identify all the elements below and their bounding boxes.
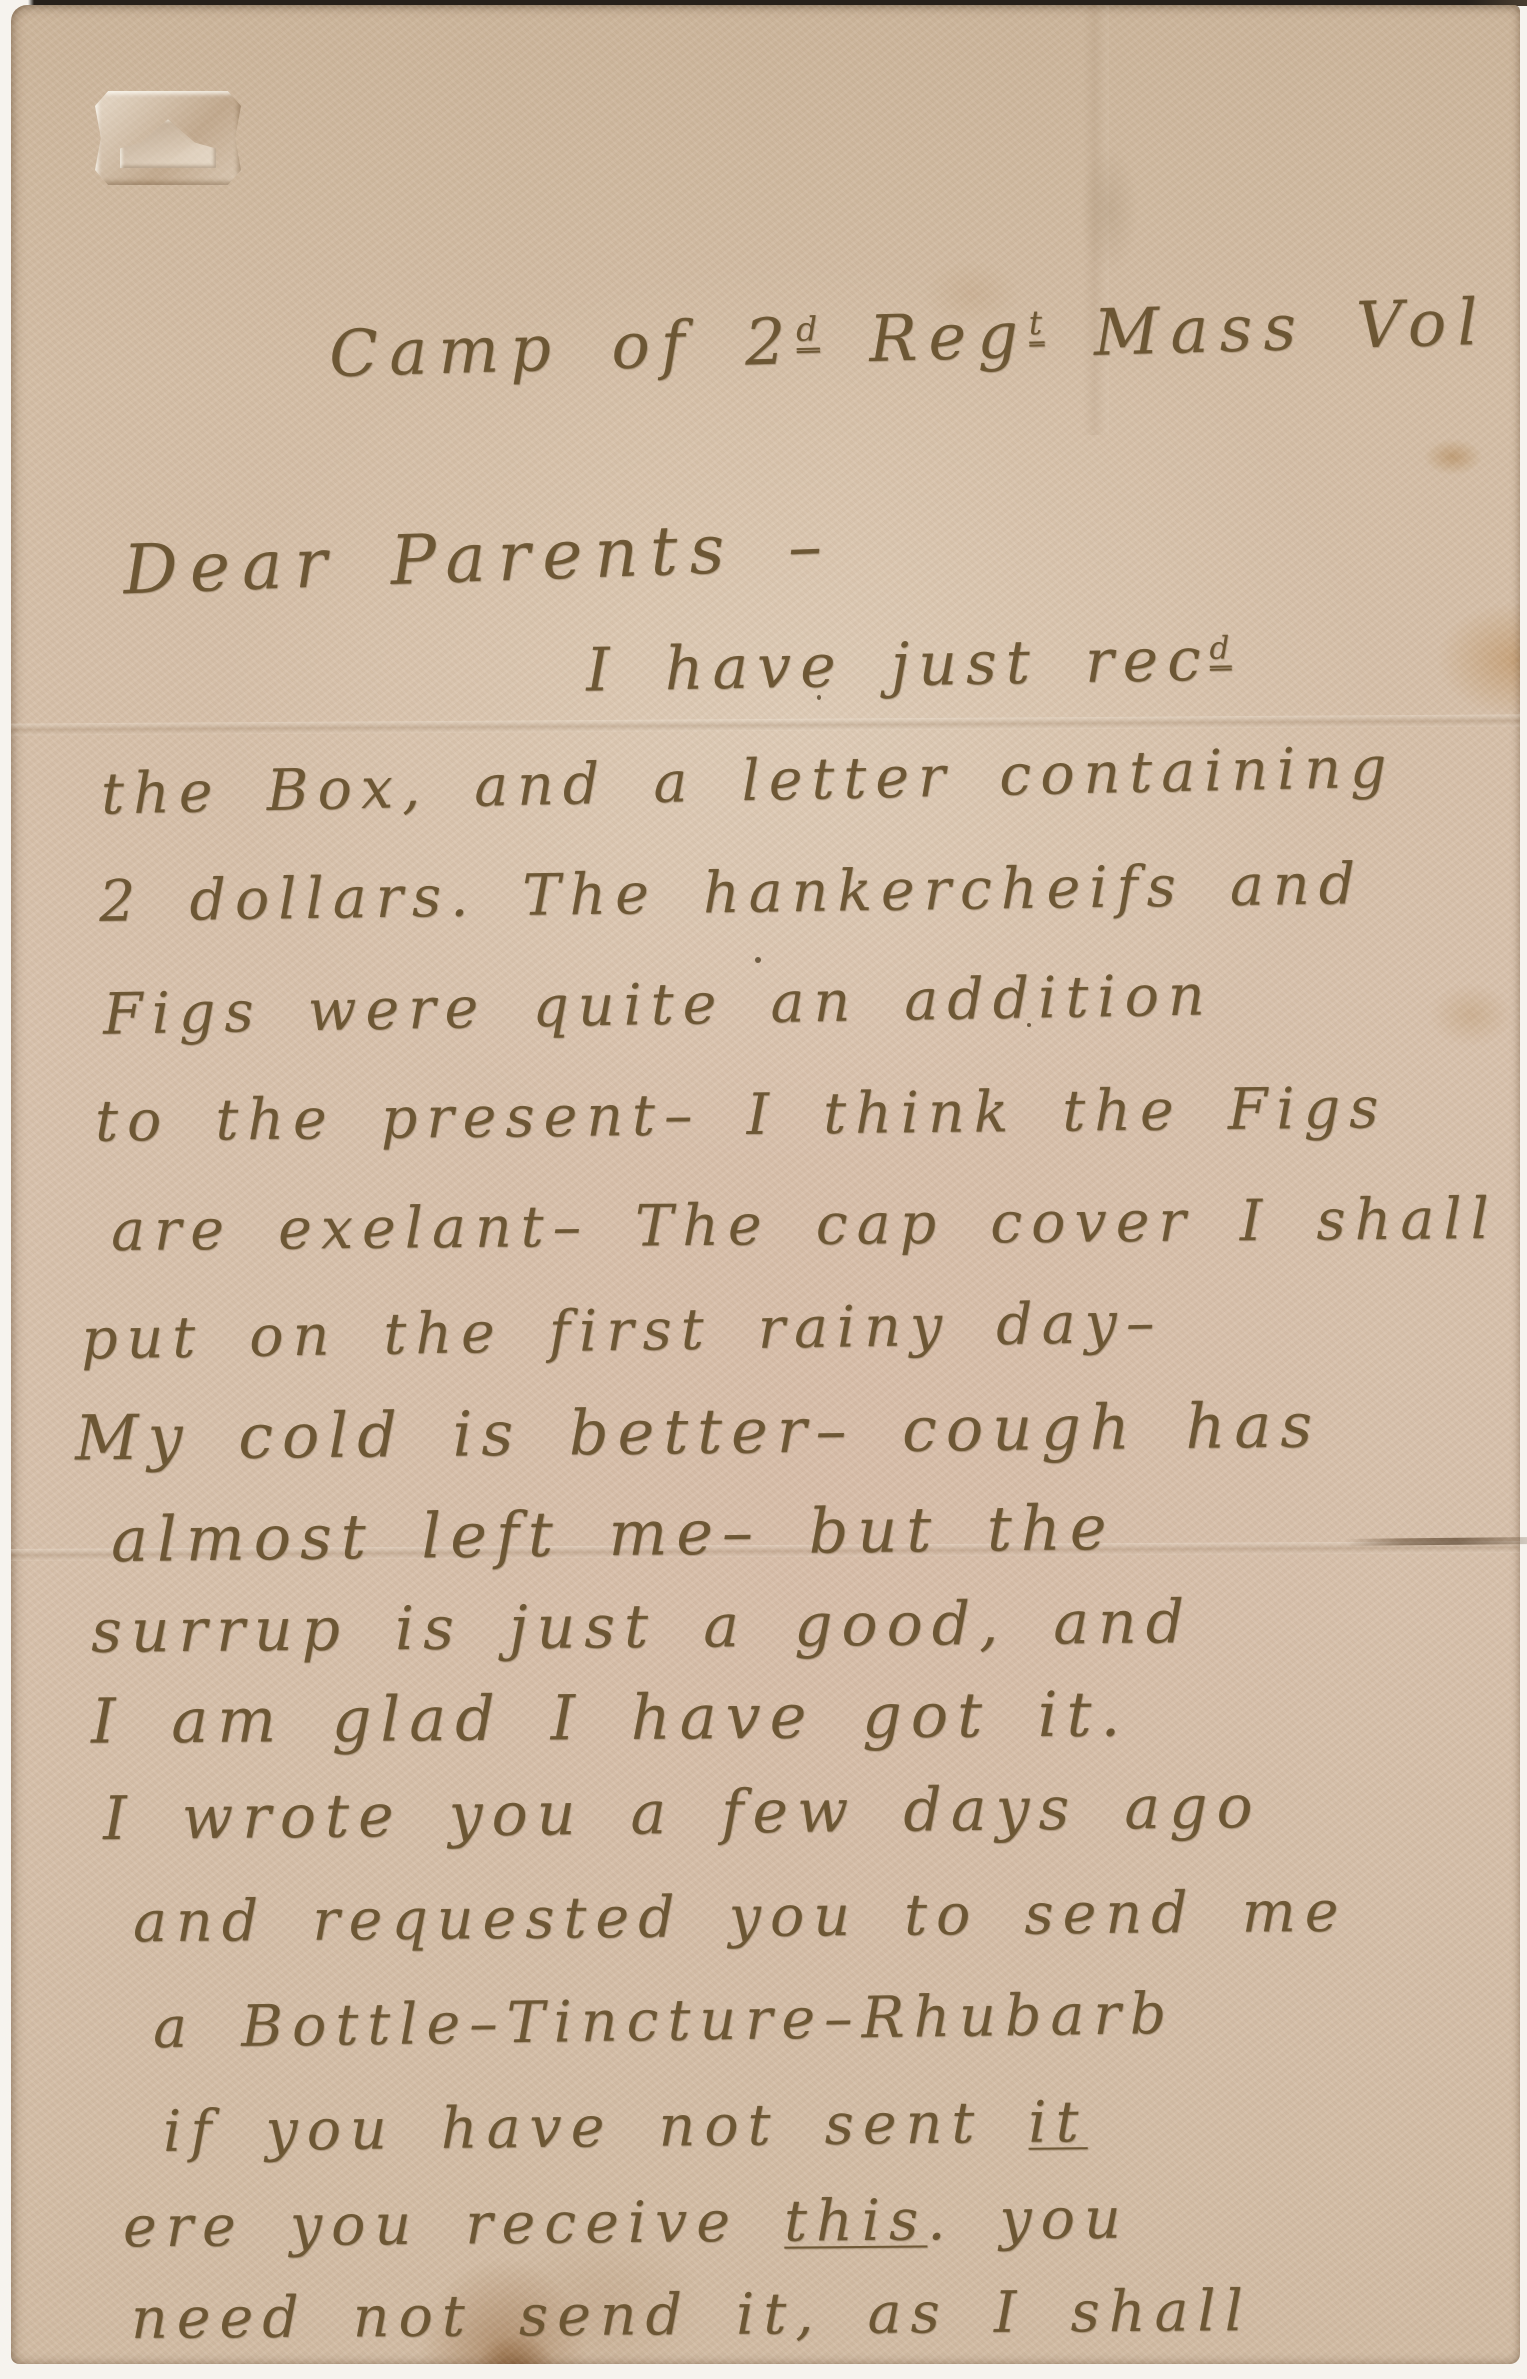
letter-line: I am glad I have got it. — [91, 1683, 1130, 1752]
letter-salutation: Dear Parents – — [122, 513, 835, 606]
letter-line: surrup is just a good, and — [91, 1592, 1194, 1662]
scanned-letter-page: Camp of 2d Regt Mass Vol Dear Parents – … — [0, 0, 1527, 2379]
fold-crease-dark-segment — [1346, 1537, 1527, 1546]
letter-line: Figs were quite an addition — [103, 967, 1214, 1043]
letter-line: if you have not sent it — [163, 2094, 1088, 2161]
letter-line: almost left me– but the — [111, 1497, 1116, 1571]
letter-line: and requested you to send me — [133, 1884, 1348, 1952]
opening-text: I have just rec — [585, 625, 1210, 706]
letter-line: ere you receive this. you — [123, 2191, 1130, 2257]
letter-line: need not send it, as I shall — [131, 2283, 1252, 2348]
heading-text: Camp of 2 — [328, 305, 797, 392]
underlined-word: it — [1028, 2089, 1088, 2156]
embossed-seal — [95, 91, 241, 185]
heading-superscript-d: d — [796, 309, 820, 349]
embossed-seal-crest — [120, 119, 216, 168]
letter-line: put on the first rainy day– — [81, 1295, 1164, 1369]
letter-line: the Box, and a letter containing — [101, 739, 1396, 823]
ink-speck — [755, 957, 761, 963]
line-text: ere you receive — [123, 2189, 785, 2261]
letter-line: a Bottle–Tincture–Rhubarb — [153, 1986, 1176, 2057]
letter-heading: Camp of 2d Regt Mass Vol — [328, 291, 1489, 387]
letter-line: I have just recd — [586, 629, 1233, 700]
heading-text: Mass Vol — [1043, 286, 1489, 372]
letter-line: are exelant– The cap cover I shall — [111, 1191, 1498, 1260]
letter-line: I wrote you a few days ago — [103, 1777, 1262, 1849]
line-text: if you have not sent — [163, 2090, 1029, 2165]
opening-superscript-d: d — [1209, 630, 1232, 666]
underlined-word: this — [784, 2187, 928, 2254]
smudge-mark — [1079, 145, 1139, 275]
letter-line: 2 dollars. The hankercheifs and — [99, 856, 1365, 931]
letter-line: to the present– I think the Figs — [95, 1080, 1388, 1151]
letter-paper: Camp of 2d Regt Mass Vol Dear Parents – … — [11, 5, 1520, 2364]
fold-crease-upper — [11, 714, 1520, 735]
heading-superscript-t: t — [1028, 303, 1044, 342]
heading-text: Reg — [819, 299, 1030, 379]
letter-line: My cold is better– cough has — [75, 1394, 1322, 1469]
line-text: . you — [927, 2186, 1130, 2254]
